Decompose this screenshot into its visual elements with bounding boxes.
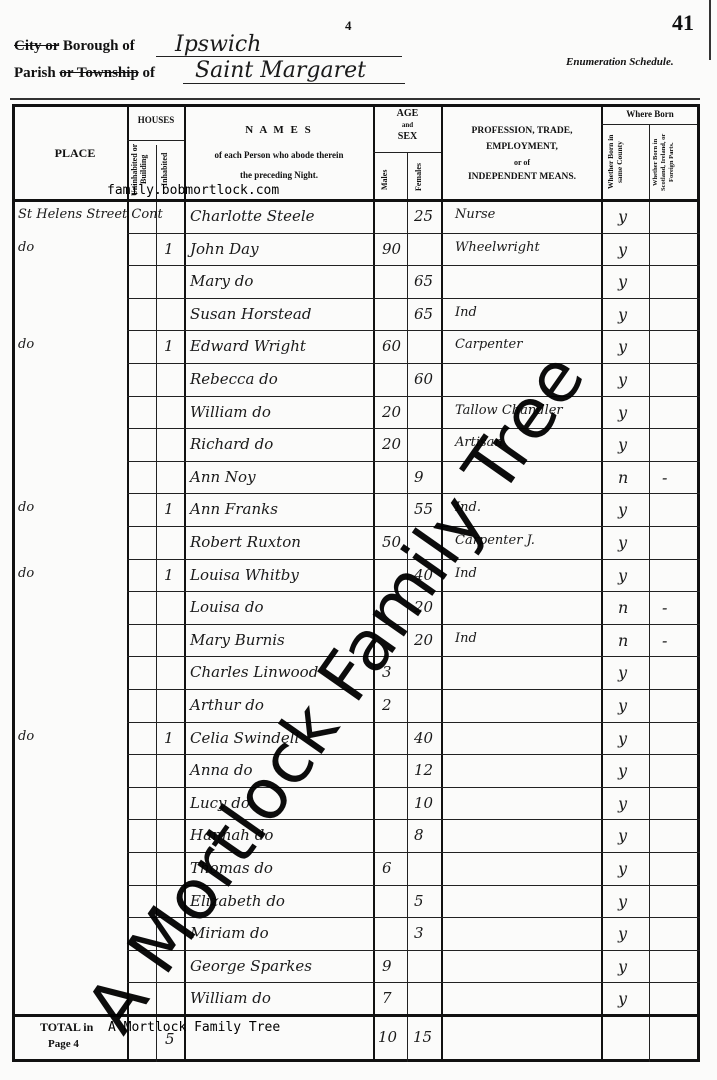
- same-county-cell: y: [618, 663, 627, 682]
- sex-header: SEX: [374, 131, 441, 142]
- same-county-cell: y: [618, 794, 627, 813]
- place-cell: do: [18, 240, 34, 255]
- place-cell: do: [18, 337, 34, 352]
- female-age-cell: 65: [414, 272, 433, 290]
- row-rule: [127, 787, 700, 788]
- parish-label: Parish: [14, 65, 56, 81]
- female-age-cell: 10: [414, 794, 433, 812]
- page-number: 41: [672, 10, 694, 36]
- row-rule: [127, 689, 700, 690]
- place-header: PLACE: [40, 146, 110, 161]
- row-rule: [127, 396, 700, 397]
- profession-header-1: PROFESSION, TRADE,: [443, 126, 601, 136]
- borough-label-struck: City or: [14, 38, 59, 54]
- row-rule: [127, 298, 700, 299]
- same-county-cell: y: [618, 305, 627, 324]
- census-table: [12, 104, 700, 1062]
- borough-value: Ipswich: [175, 32, 261, 57]
- same-county-cell: n: [618, 598, 628, 617]
- profession-cell: Nurse: [455, 207, 495, 222]
- female-age-cell: 3: [414, 924, 424, 942]
- born-elsewhere-header: Whether Born in Scotland, Ireland, or Fo…: [652, 128, 694, 196]
- place-cell: do: [18, 729, 34, 744]
- name-cell: Mary Burnis: [190, 631, 285, 649]
- same-county-cell: y: [618, 533, 627, 552]
- same-county-cell: y: [618, 566, 627, 585]
- male-age-cell: 20: [382, 435, 401, 453]
- row-rule: [127, 330, 700, 331]
- profession-header-2: EMPLOYMENT,: [443, 142, 601, 152]
- female-age-cell: 8: [414, 826, 424, 844]
- same-county-cell: y: [618, 957, 627, 976]
- totals-label-1: TOTAL in: [40, 1020, 93, 1035]
- place-cell: do: [18, 566, 34, 581]
- inhabited-cell: 1: [164, 240, 174, 258]
- same-county-cell: y: [618, 500, 627, 519]
- male-age-cell: 90: [382, 240, 401, 258]
- same-county-cell: y: [618, 826, 627, 845]
- row-rule: [127, 982, 700, 983]
- name-cell: Charlotte Steele: [190, 207, 315, 225]
- male-age-cell: 2: [382, 696, 392, 714]
- name-cell: Susan Horstead: [190, 305, 311, 323]
- same-county-cell: y: [618, 859, 627, 878]
- parish-label-struck: or Township: [59, 65, 138, 81]
- parish-line: Parish or Township of: [14, 65, 155, 82]
- parish-underline: [183, 83, 405, 84]
- male-age-cell: 7: [382, 989, 392, 1007]
- same-county-cell: y: [618, 207, 627, 226]
- profession-header-3: or of: [443, 158, 601, 167]
- houses-sub-rule: [127, 140, 184, 141]
- same-county-cell: y: [618, 729, 627, 748]
- names-header: N A M E S: [186, 124, 372, 136]
- name-cell: Richard do: [190, 435, 273, 453]
- totals-males: 10: [378, 1028, 397, 1046]
- name-cell: Ann Franks: [190, 500, 278, 518]
- same-county-cell: y: [618, 240, 627, 259]
- where-born-sub-rule: [601, 124, 697, 125]
- profession-cell: Wheelwright: [455, 240, 540, 255]
- name-cell: Arthur do: [190, 696, 264, 714]
- name-cell: William do: [190, 989, 271, 1007]
- row-rule: [127, 656, 700, 657]
- name-cell: Edward Wright: [190, 337, 306, 355]
- row-rule: [127, 363, 700, 364]
- row-rule: [127, 493, 700, 494]
- inhabited-cell: 1: [164, 566, 174, 584]
- profession-cell: Ind: [455, 305, 477, 320]
- header-bottom-rule: [12, 199, 700, 202]
- name-cell: Ann Noy: [190, 468, 256, 486]
- same-county-cell: y: [618, 403, 627, 422]
- houses-header: HOUSES: [128, 115, 184, 125]
- same-county-cell: y: [618, 337, 627, 356]
- male-age-cell: 60: [382, 337, 401, 355]
- profession-cell: Carpenter: [455, 337, 522, 352]
- same-county-cell: y: [618, 370, 627, 389]
- foreign-cell: -: [662, 598, 667, 617]
- same-county-cell: y: [618, 892, 627, 911]
- same-county-cell: y: [618, 272, 627, 291]
- profession-cell: Ind: [455, 631, 477, 646]
- same-county-cell: y: [618, 696, 627, 715]
- totals-females: 15: [413, 1028, 432, 1046]
- borough-line: City or Borough of: [14, 38, 135, 55]
- name-cell: John Day: [190, 240, 259, 258]
- row-rule: [127, 722, 700, 723]
- top-rule: [10, 98, 700, 100]
- census-page: 4 41 City or Borough of Ipswich Parish o…: [0, 0, 717, 1080]
- same-county-cell: y: [618, 924, 627, 943]
- name-cell: Robert Ruxton: [190, 533, 301, 551]
- col-divider-where-born: [601, 104, 603, 1062]
- watermark-url: family.bobmortlock.com: [107, 183, 279, 198]
- place-cell: St Helens Street Cont: [18, 207, 163, 222]
- same-county-cell: n: [618, 631, 628, 650]
- male-age-cell: 20: [382, 403, 401, 421]
- foreign-cell: -: [662, 468, 667, 487]
- name-cell: William do: [190, 403, 271, 421]
- male-age-cell: 6: [382, 859, 392, 877]
- place-cell: do: [18, 500, 34, 515]
- name-cell: Mary do: [190, 272, 253, 290]
- same-county-cell: y: [618, 761, 627, 780]
- age-header: AGE: [374, 108, 441, 119]
- name-cell: George Sparkes: [190, 957, 312, 975]
- name-cell: Rebecca do: [190, 370, 278, 388]
- female-age-cell: 65: [414, 305, 433, 323]
- males-header: Males: [380, 165, 402, 195]
- foreign-cell: -: [662, 631, 667, 650]
- row-rule: [127, 233, 700, 234]
- names-subheader-1: of each Person who abode therein: [186, 150, 372, 160]
- female-age-cell: 9: [414, 468, 424, 486]
- female-age-cell: 40: [414, 729, 433, 747]
- row-rule: [127, 754, 700, 755]
- totals-label-2: Page 4: [48, 1038, 79, 1050]
- borough-label: Borough of: [63, 38, 135, 54]
- page-edge: [709, 0, 717, 60]
- names-subheader-2: the preceding Night.: [186, 170, 372, 180]
- profession-header-4: INDEPENDENT MEANS.: [443, 172, 601, 182]
- name-cell: Louisa Whitby: [190, 566, 299, 584]
- same-county-cell: n: [618, 468, 628, 487]
- female-age-cell: 12: [414, 761, 433, 779]
- row-rule: [127, 461, 700, 462]
- sheet-number: 4: [345, 18, 352, 34]
- parish-of: of: [143, 65, 156, 81]
- name-cell: Louisa do: [190, 598, 264, 616]
- inhabited-cell: 1: [164, 500, 174, 518]
- same-county-cell: y: [618, 435, 627, 454]
- inhabited-cell: 1: [164, 337, 174, 355]
- female-age-cell: 25: [414, 207, 433, 225]
- female-age-cell: 60: [414, 370, 433, 388]
- row-rule: [127, 265, 700, 266]
- same-county-cell: y: [618, 989, 627, 1008]
- where-born-header: Where Born: [603, 109, 697, 119]
- inhabited-cell: 1: [164, 729, 174, 747]
- schedule-title: Enumeration Schedule.: [566, 56, 674, 68]
- age-and: and: [374, 121, 441, 129]
- born-same-county-header: Whether Born in same County: [606, 128, 644, 196]
- row-rule: [127, 428, 700, 429]
- male-age-cell: 9: [382, 957, 392, 975]
- parish-value: Saint Margaret: [195, 58, 366, 83]
- row-rule: [127, 950, 700, 951]
- females-header: Females: [414, 158, 436, 196]
- age-sub-rule: [373, 152, 441, 153]
- female-age-cell: 5: [414, 892, 424, 910]
